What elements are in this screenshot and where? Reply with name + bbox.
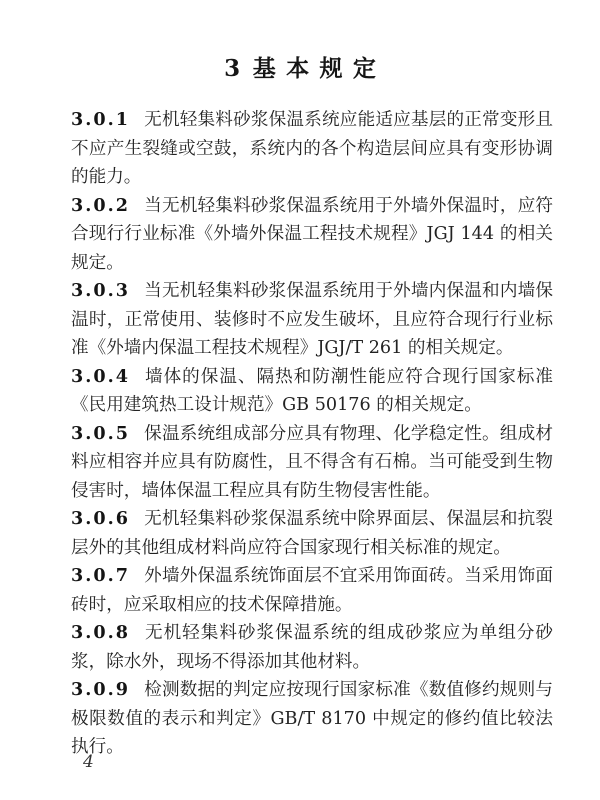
document-page: 3基本规定 3.0.1无机轻集料砂浆保温系统应能适应基层的正常变形且不应产生裂缝…	[0, 0, 600, 800]
clause-number: 3.0.6	[71, 508, 144, 529]
clause-number: 3.0.2	[71, 195, 144, 216]
clause-text: 无机轻集料砂浆保温系统的组成砂浆应为单组分砂浆，除水外，现场不得添加其他材料。	[71, 623, 553, 672]
clause-number: 3.0.3	[71, 280, 144, 301]
page-number: 4	[83, 752, 94, 772]
clause-number: 3.0.8	[71, 622, 144, 643]
chapter-title: 3基本规定	[0, 50, 600, 83]
clause-text: 当无机轻集料砂浆保温系统用于外墙外保温时，应符合现行行业标准《外墙外保温工程技术…	[71, 196, 553, 273]
clause-paragraph: 3.0.3当无机轻集料砂浆保温系统用于外墙内保温和内墙保温时，正常使用、装修时不…	[71, 277, 553, 363]
clause-number: 3.0.4	[71, 366, 144, 387]
clause-text: 墙体的保温、隔热和防潮性能应符合现行国家标准《民用建筑热工设计规范》GB 501…	[71, 367, 553, 416]
clause-paragraph: 3.0.7外墙外保温系统饰面层不宜采用饰面砖。当采用饰面砖时，应采取相应的技术保…	[71, 562, 553, 619]
clause-paragraph: 3.0.4墙体的保温、隔热和防潮性能应符合现行国家标准《民用建筑热工设计规范》G…	[71, 363, 553, 420]
clause-text: 检测数据的判定应按现行国家标准《数值修约规则与极限数值的表示和判定》GB/T 8…	[71, 680, 553, 757]
clause-list: 3.0.1无机轻集料砂浆保温系统应能适应基层的正常变形且不应产生裂缝或空鼓，系统…	[71, 106, 553, 762]
clause-number: 3.0.1	[71, 109, 144, 130]
clause-paragraph: 3.0.2当无机轻集料砂浆保温系统用于外墙外保温时，应符合现行行业标准《外墙外保…	[71, 192, 553, 278]
clause-paragraph: 3.0.6无机轻集料砂浆保温系统中除界面层、保温层和抗裂层外的其他组成材料尚应符…	[71, 505, 553, 562]
clause-paragraph: 3.0.5保温系统组成部分应具有物理、化学稳定性。组成材料应相容并应具有防腐性，…	[71, 420, 553, 506]
clause-number: 3.0.5	[71, 423, 144, 444]
clause-text: 当无机轻集料砂浆保温系统用于外墙内保温和内墙保温时，正常使用、装修时不应发生破坏…	[71, 281, 553, 358]
clause-number: 3.0.9	[71, 679, 144, 700]
clause-text: 保温系统组成部分应具有物理、化学稳定性。组成材料应相容并应具有防腐性，且不得含有…	[71, 424, 553, 501]
clause-text: 无机轻集料砂浆保温系统中除界面层、保温层和抗裂层外的其他组成材料尚应符合国家现行…	[71, 509, 553, 558]
clause-paragraph: 3.0.9检测数据的判定应按现行国家标准《数值修约规则与极限数值的表示和判定》G…	[71, 676, 553, 762]
chapter-title-text: 基本规定	[253, 55, 386, 82]
clause-number: 3.0.7	[71, 565, 144, 586]
chapter-number: 3	[224, 55, 240, 82]
clause-paragraph: 3.0.8无机轻集料砂浆保温系统的组成砂浆应为单组分砂浆，除水外，现场不得添加其…	[71, 619, 553, 676]
clause-paragraph: 3.0.1无机轻集料砂浆保温系统应能适应基层的正常变形且不应产生裂缝或空鼓，系统…	[71, 106, 553, 192]
clause-text: 外墙外保温系统饰面层不宜采用饰面砖。当采用饰面砖时，应采取相应的技术保障措施。	[71, 566, 553, 615]
clause-text: 无机轻集料砂浆保温系统应能适应基层的正常变形且不应产生裂缝或空鼓，系统内的各个构…	[71, 110, 553, 187]
